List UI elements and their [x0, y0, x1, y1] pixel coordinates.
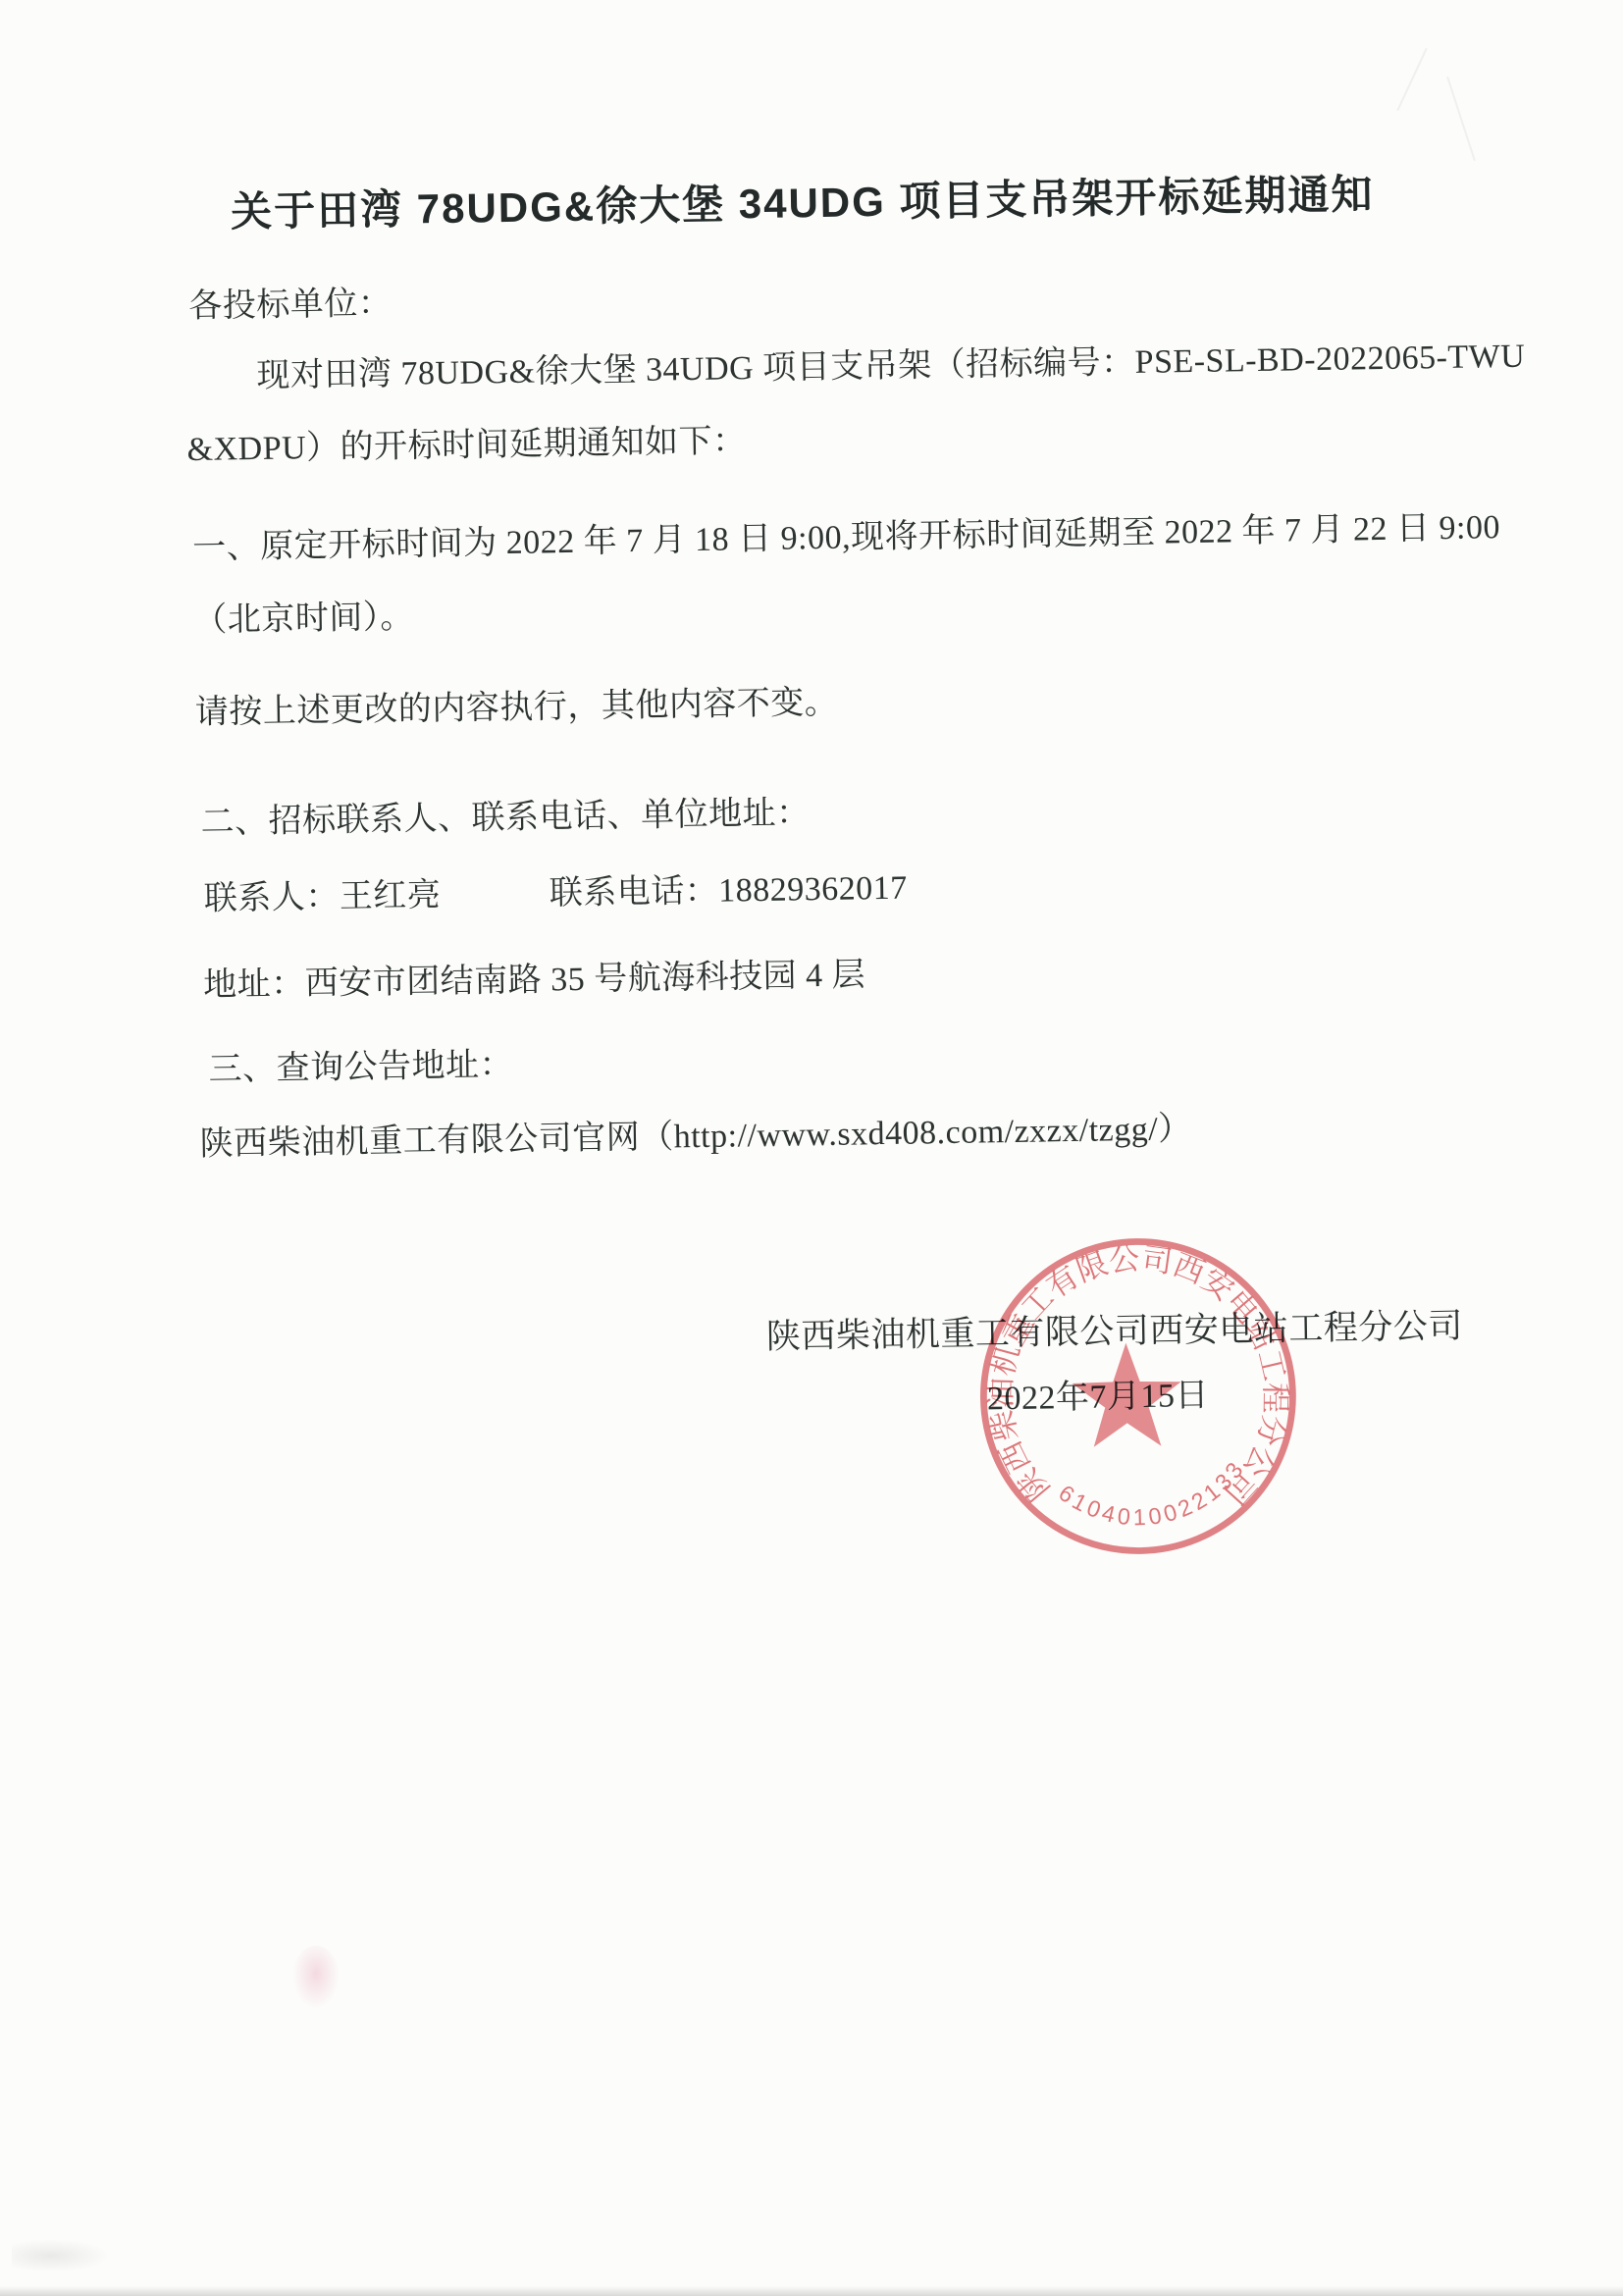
intro-paragraph-line1: 现对田湾 78UDG&徐大堡 34UDG 项目支吊架（招标编号：PSE-SL-B… — [256, 337, 1525, 398]
intro-paragraph-line2: &XDPU）的开标时间延期通知如下： — [186, 421, 747, 471]
scan-artifact-smear — [12, 2239, 110, 2272]
document-content: 关于田湾 78UDG&徐大堡 34UDG 项目支吊架开标延期通知 各投标单位： … — [0, 0, 1623, 2296]
website-line: 陕西柴油机重工有限公司官网（http://www.sxd408.com/zxzx… — [199, 1109, 1192, 1166]
salutation: 各投标单位： — [188, 284, 393, 329]
address-line: 地址：西安市团结南路 35 号航海科技园 4 层 — [203, 955, 866, 1007]
scan-edge-shadow — [0, 2286, 1623, 2296]
item2-heading: 二、招标联系人、联系电话、单位地址： — [200, 793, 811, 844]
item1-line1: 一、原定开标时间为 2022 年 7 月 18 日 9:00,现将开标时间延期至… — [192, 507, 1500, 569]
svg-text:6104010022133: 6104010022133 — [1051, 1452, 1256, 1544]
scan-artifact-pink-smudge — [292, 1946, 340, 2009]
contact-phone: 联系电话：18829362017 — [549, 870, 908, 913]
scan-artifact-scribble — [1382, 35, 1519, 183]
seal-star-icon — [1072, 1342, 1182, 1447]
contact-name: 联系人：王红亮 — [204, 873, 550, 920]
contact-line: 联系人：王红亮联系电话：18829362017 — [204, 868, 909, 921]
scanned-notice-page: 关于田湾 78UDG&徐大堡 34UDG 项目支吊架开标延期通知 各投标单位： … — [0, 0, 1623, 2296]
item1-line2: （北京时间）。 — [193, 597, 414, 642]
note-line: 请按上述更改的内容执行，其他内容不变。 — [195, 683, 839, 735]
official-seal-stamp-icon: 陕西柴油机重工有限公司西安电站工程分公司 6104010022133 — [964, 1222, 1312, 1570]
item3-heading: 三、查询公告地址： — [208, 1045, 513, 1091]
seal-code: 6104010022133 — [1051, 1452, 1256, 1544]
document-title: 关于田湾 78UDG&徐大堡 34UDG 项目支吊架开标延期通知 — [0, 158, 1614, 242]
